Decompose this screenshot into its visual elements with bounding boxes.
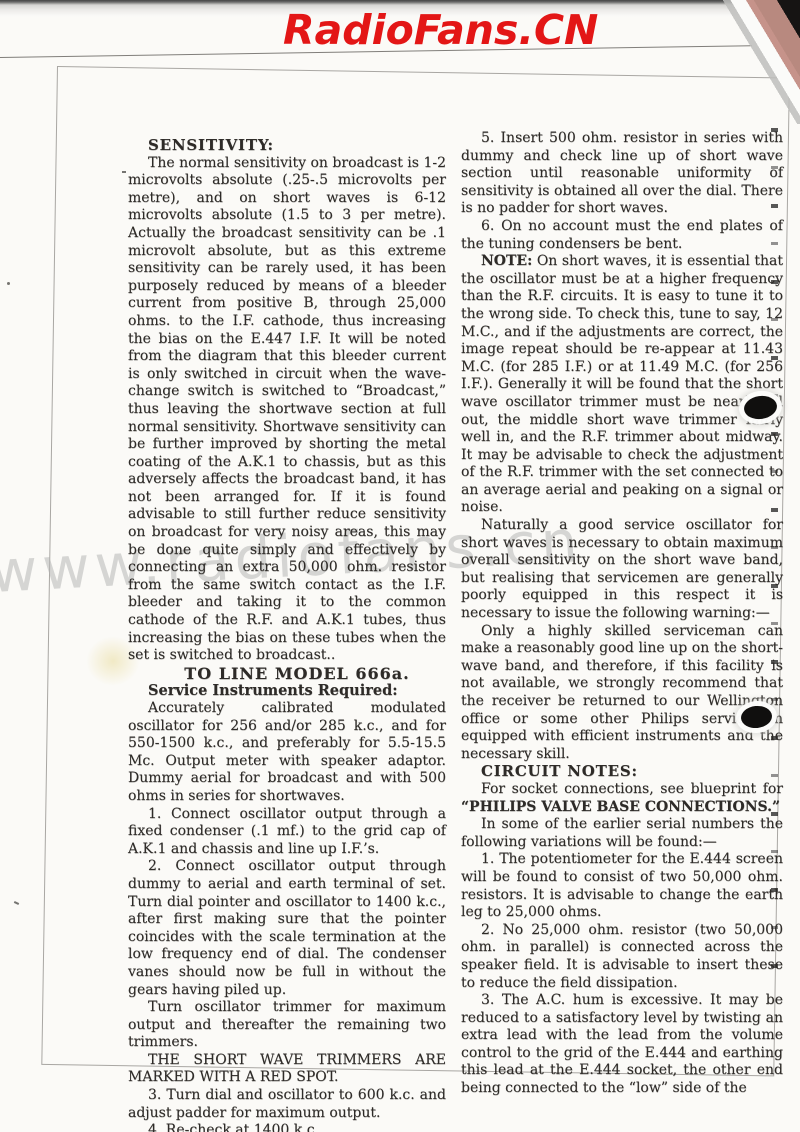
paragraph-sensitivity: The normal sensitivity on broadcast is 1… [128, 155, 446, 665]
paragraph-step-2: 2. Connect oscillator output through dum… [128, 858, 446, 999]
paragraph-step-4: 4. Re-check at 1400 k.c. [128, 1122, 446, 1132]
scan-speck [122, 171, 126, 173]
paragraph-oscillator-trimmer: Turn oscillator trimmer for maximum outp… [128, 999, 446, 1052]
paragraph-step-6: 6. On no account must the end plates of … [461, 218, 783, 253]
heading-service-instruments: Service Instruments Required: [128, 682, 446, 700]
paragraph-warning: Only a highly skilled serviceman can mak… [461, 623, 783, 764]
paragraph-variation-2: 2. No 25,000 ohm. resistor (two 50,000 o… [461, 922, 783, 992]
paragraph-step-1: 1. Connect oscillator output through a f… [128, 806, 446, 859]
scan-speck [14, 901, 19, 905]
scan-speck [7, 282, 10, 285]
paragraph-note: NOTE: On short waves, it is essential th… [461, 253, 783, 517]
note-label: NOTE: [481, 253, 532, 269]
socket-lead: For socket connections, see blueprint fo… [481, 781, 783, 797]
paragraph-serial-variations: In some of the earlier serial numbers th… [461, 816, 783, 851]
heading-to-line-model: TO LINE MODEL 666a. [128, 665, 446, 683]
paragraph-variation-1: 1. The potentiometer for the E.444 scree… [461, 851, 783, 921]
heading-circuit-notes: CIRCUIT NOTES: [461, 763, 783, 781]
note-body: On short waves, it is essential that the… [461, 253, 783, 515]
paragraph-naturally: Naturally a good service oscillator for … [461, 517, 783, 623]
socket-blueprint-title: “PHILIPS VALVE BASE CONNECTIONS.” [461, 799, 780, 815]
paragraph-variation-3: 3. The A.C. hum is excessive. It may be … [461, 992, 783, 1098]
paragraph-red-spot-notice: THE SHORT WAVE TRIMMERS ARE MARKED WITH … [128, 1052, 446, 1087]
right-column: 5. Insert 500 ohm. resistor in series wi… [461, 130, 783, 1098]
heading-sensitivity: SENSITIVITY: [128, 137, 446, 155]
paragraph-step-5: 5. Insert 500 ohm. resistor in series wi… [461, 130, 783, 218]
paragraph-step-3: 3. Turn dial and oscillator to 600 k.c. … [128, 1087, 446, 1122]
paragraph-service-instruments: Accurately calibrated modulated oscillat… [128, 700, 446, 806]
paragraph-socket-connections: For socket connections, see blueprint fo… [461, 781, 783, 816]
left-column: SENSITIVITY: The normal sensitivity on b… [128, 137, 446, 1132]
site-brand-banner: RadioFans.CN [283, 6, 598, 54]
page-curl-corner-artifact [720, 0, 800, 124]
